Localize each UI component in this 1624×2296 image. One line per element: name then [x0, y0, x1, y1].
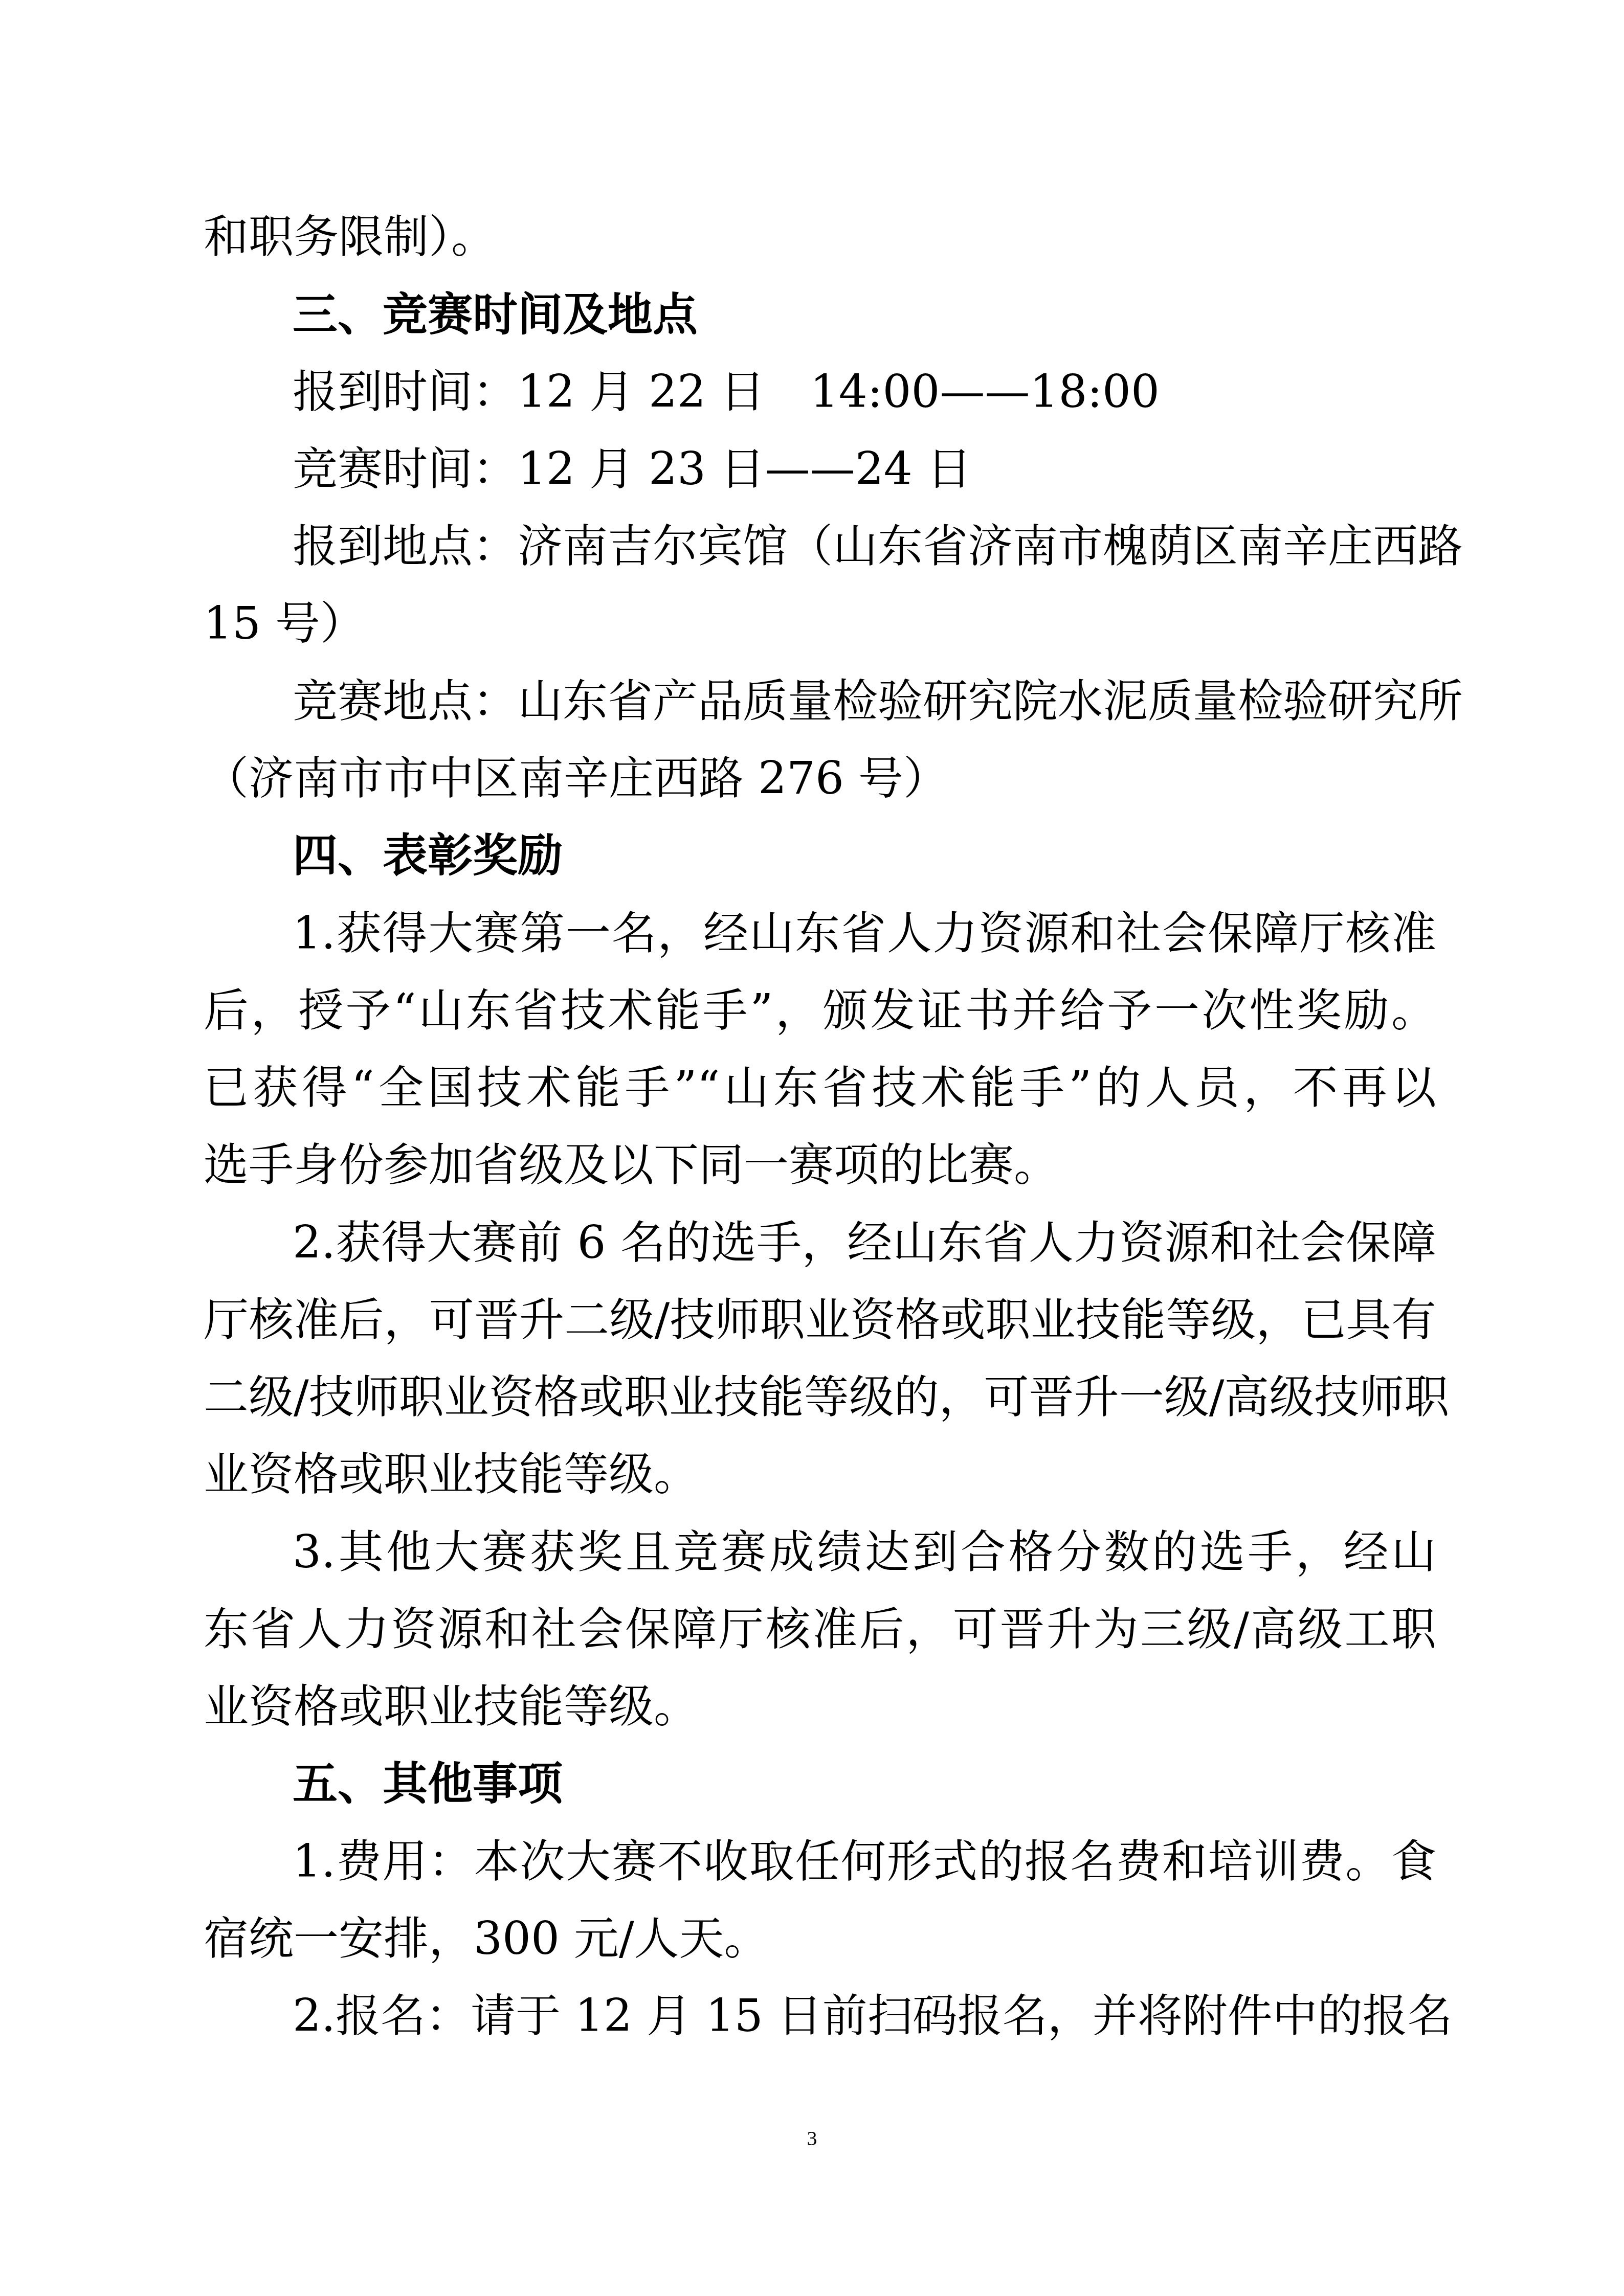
checkin-location: 报到地点：济南吉尔宾馆（山东省济南市槐荫区南辛庄西路: [293, 518, 1436, 574]
checkin-location-cont: 15 号）: [204, 595, 1436, 651]
paragraph-line: 二级/技师职业资格或职业技能等级的，可晋升一级/高级技师职: [204, 1369, 1436, 1425]
paragraph-line: 业资格或职业技能等级。: [204, 1678, 1436, 1735]
competition-location: 竞赛地点：山东省产品质量检验研究院水泥质量检验研究所: [293, 673, 1436, 729]
paragraph-line: 后，授予“山东省技术能手”，颁发证书并给予一次性奖励。: [204, 982, 1436, 1039]
paragraph-line: 已获得“全国技术能手”“山东省技术能手”的人员，不再以: [204, 1060, 1436, 1116]
document-page: 和职务限制）。 三、竞赛时间及地点 报到时间：12 月 22 日 14:00——…: [0, 0, 1624, 2296]
competition-time: 竞赛时间：12 月 23 日——24 日: [293, 441, 1436, 497]
section-heading-5: 五、其他事项: [293, 1755, 1436, 1812]
paragraph-line: 宿统一安排，300 元/人天。: [204, 1910, 1436, 1967]
section-heading-4: 四、表彰奖励: [293, 827, 1436, 884]
paragraph-line: 厅核准后，可晋升二级/技师职业资格或职业技能等级，已具有: [204, 1292, 1436, 1348]
paragraph-line: 东省人力资源和社会保障厅核准后，可晋升为三级/高级工职: [204, 1601, 1436, 1657]
paragraph-line: 选手身份参加省级及以下同一赛项的比赛。: [204, 1137, 1436, 1193]
award-item-2: 2.获得大赛前 6 名的选手，经山东省人力资源和社会保障: [293, 1214, 1436, 1271]
page-number: 3: [0, 2123, 1624, 2154]
award-item-1: 1.获得大赛第一名，经山东省人力资源和社会保障厅核准: [293, 905, 1436, 961]
paragraph-line: 业资格或职业技能等级。: [204, 1446, 1436, 1502]
other-item-2-registration: 2.报名：请于 12 月 15 日前扫码报名，并将附件中的报名: [293, 1988, 1436, 2044]
section-heading-3: 三、竞赛时间及地点: [293, 286, 1436, 343]
paragraph-line: 和职务限制）。: [204, 209, 1436, 265]
other-item-1-fees: 1.费用：本次大赛不收取任何形式的报名费和培训费。食: [293, 1833, 1436, 1889]
award-item-3: 3.其他大赛获奖且竞赛成绩达到合格分数的选手，经山: [293, 1524, 1436, 1580]
competition-location-cont: （济南市市中区南辛庄西路 276 号）: [204, 750, 1436, 806]
checkin-time: 报到时间：12 月 22 日 14:00——18:00: [293, 364, 1436, 420]
